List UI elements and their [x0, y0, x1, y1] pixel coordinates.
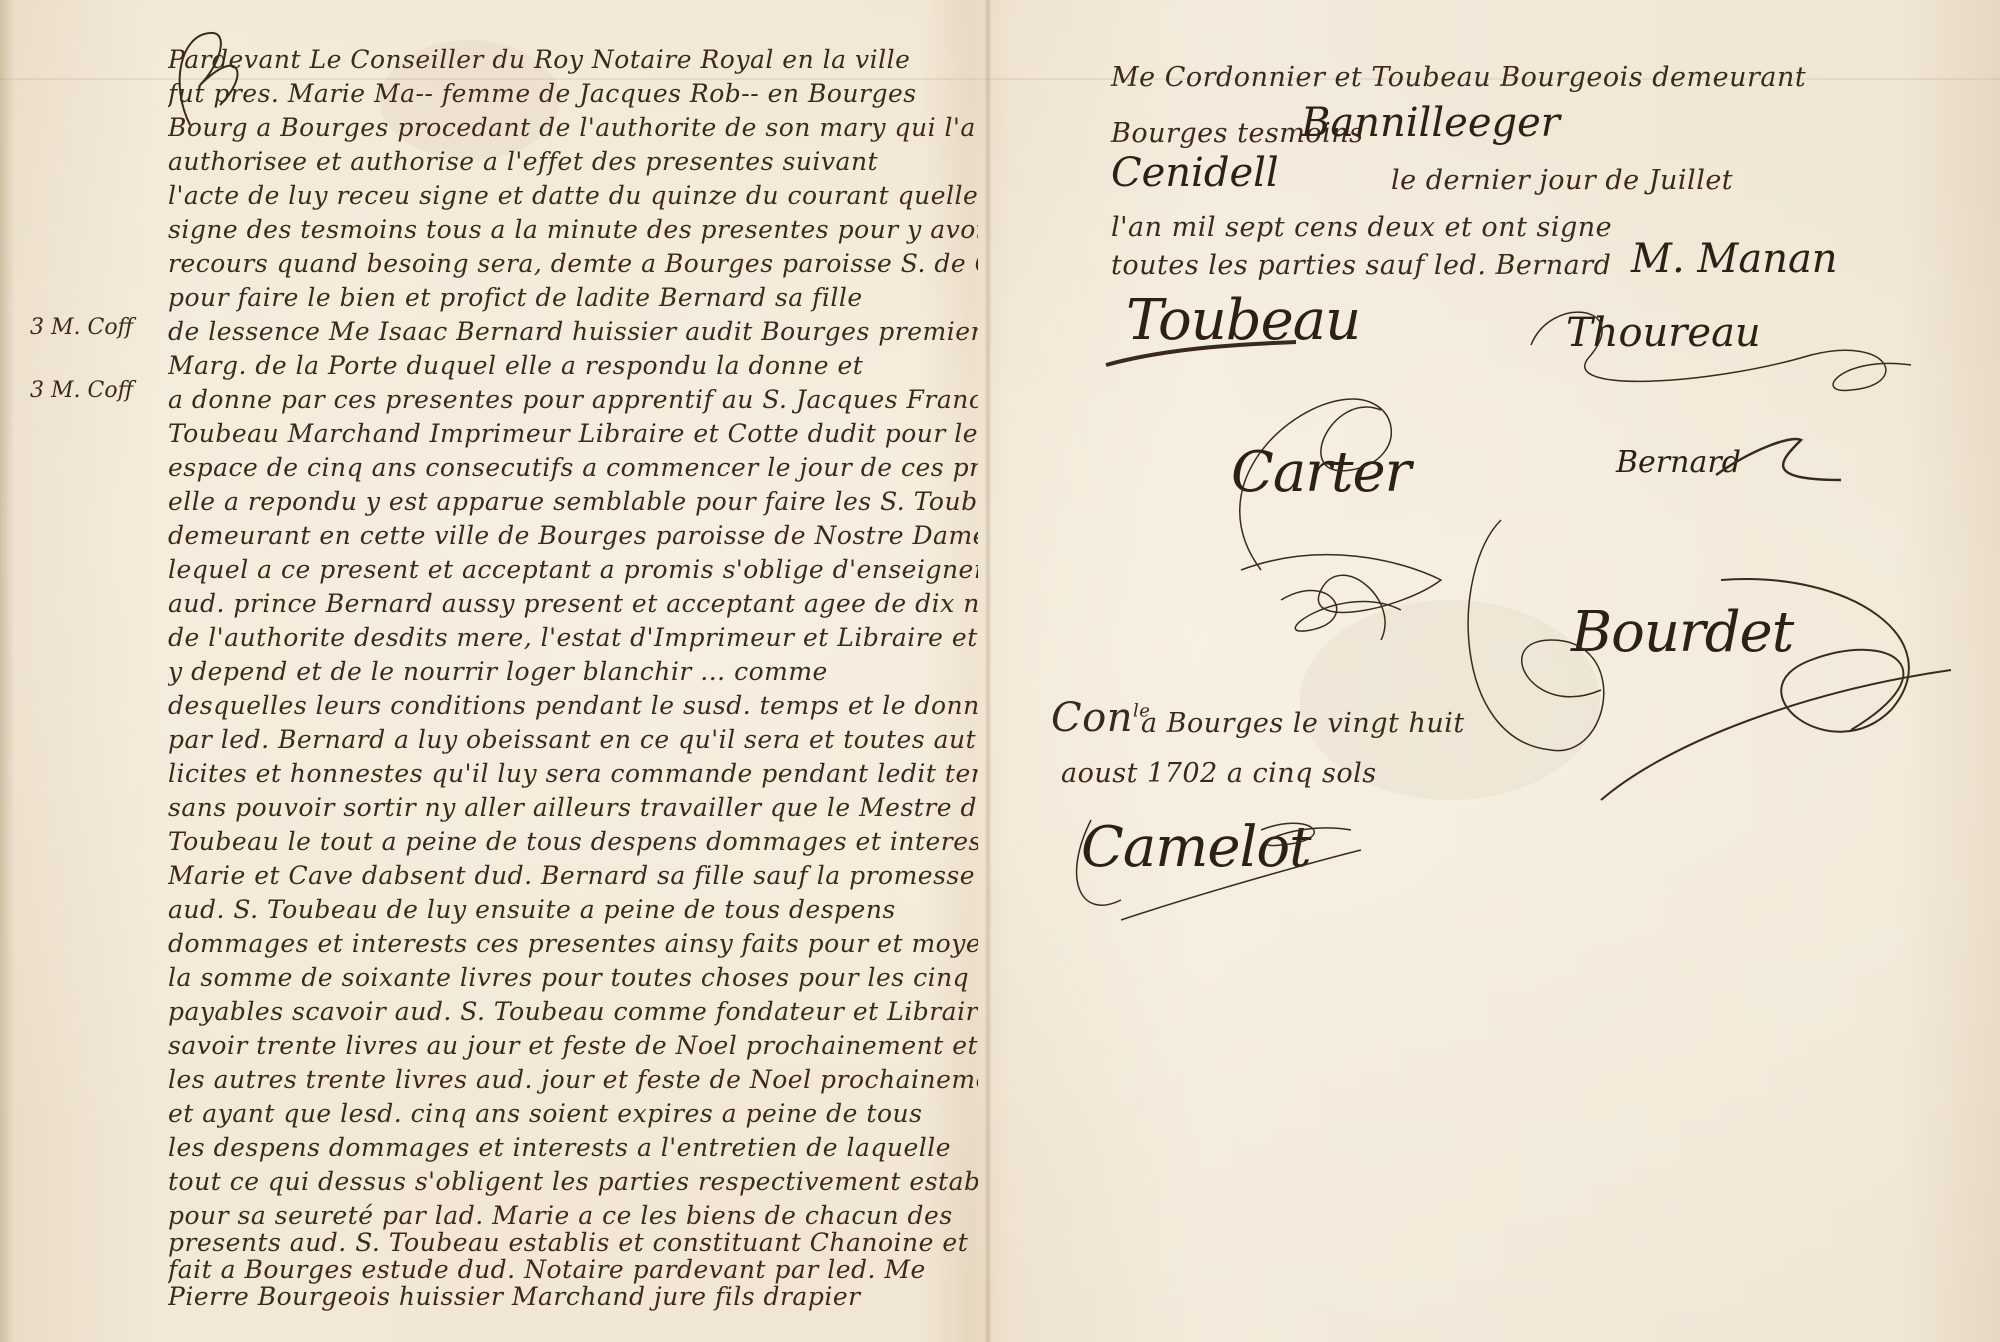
text-line: aud. S. Toubeau de luy ensuite a peine d… — [168, 895, 978, 924]
text-line: les despens dommages et interests a l'en… — [168, 1133, 978, 1162]
text-line: fut pres. Marie Ma-- femme de Jacques Ro… — [168, 79, 978, 108]
text-line: licites et honnestes qu'il luy sera comm… — [168, 759, 978, 788]
closing-prefix: Conle — [1051, 695, 1150, 741]
text-line: lequel a ce present et acceptant a promi… — [168, 555, 978, 584]
text-line: savoir trente livres au jour et feste de… — [168, 1031, 978, 1060]
text-line: Pardevant Le Conseiller du Roy Notaire R… — [168, 45, 978, 74]
text-line: payables scavoir aud. S. Toubeau comme f… — [168, 997, 978, 1026]
text-line: signe des tesmoins tous a la minute des … — [168, 215, 978, 244]
text-line: les autres trente livres aud. jour et fe… — [168, 1065, 978, 1094]
text-line: aud. prince Bernard aussy present et acc… — [168, 589, 978, 618]
text-line: desquelles leurs conditions pendant le s… — [168, 691, 978, 720]
text-line: Marg. de la Porte duquel elle a respondu… — [168, 351, 978, 380]
text-line: l'acte de luy receu signe et datte du qu… — [168, 181, 978, 210]
left-page: 3 M. Coff 3 M. Coff Pardevant Le Conseil… — [0, 0, 985, 1342]
text-line: de lessence Me Isaac Bernard huissier au… — [168, 317, 978, 346]
text-line: de l'authorite desdits mere, l'estat d'I… — [168, 623, 978, 652]
closing-line-1: a Bourges le vingt huit — [1141, 708, 1465, 739]
text-line: authorisee et authorise a l'effet des pr… — [168, 147, 978, 176]
text-line: recours quand besoing sera, demte a Bour… — [168, 249, 978, 278]
text-line: presents aud. S. Toubeau establis et con… — [168, 1228, 978, 1257]
underline-flourish-icon — [1101, 340, 1301, 370]
text-line: a donne par ces presentes pour apprentif… — [168, 385, 978, 414]
text-line: tout ce qui dessus s'obligent les partie… — [168, 1167, 978, 1196]
text-line: pour faire le bien et profict de ladite … — [168, 283, 978, 312]
text-line: toutes les parties sauf led. Bernard — [1111, 250, 1611, 281]
text-line: y depend et de le nourrir loger blanchir… — [168, 657, 978, 686]
text-line: et ayant que lesd. cinq ans soient expir… — [168, 1099, 978, 1128]
text-line: le dernier jour de Juillet — [1391, 165, 1733, 196]
text-line: espace de cinq ans consecutifs a commenc… — [168, 453, 978, 482]
text-line: fait a Bourges estude dud. Notaire parde… — [168, 1255, 978, 1284]
document-spread: 3 M. Coff 3 M. Coff Pardevant Le Conseil… — [0, 0, 2000, 1342]
signature-flourish-icon — [1711, 430, 1851, 490]
text-line: dommages et interests ces presentes ains… — [168, 929, 978, 958]
inline-signature: Cenidell — [1111, 150, 1279, 196]
closing-line-2: aoust 1702 a cinq sols — [1061, 758, 1377, 789]
right-page: Me Cordonnier et Toubeau Bourgeois demeu… — [991, 0, 2000, 1342]
margin-note: 3 M. Coff — [30, 378, 133, 403]
inline-signature: Bannilleeger — [1301, 100, 1560, 146]
text-line: par led. Bernard a luy obeissant en ce q… — [168, 725, 978, 754]
text-line: la somme de soixante livres pour toutes … — [168, 963, 978, 992]
text-line: Pierre Bourgeois huissier Marchand jure … — [168, 1282, 978, 1311]
text-line: sans pouvoir sortir ny aller ailleurs tr… — [168, 793, 978, 822]
text-line: Toubeau Marchand Imprimeur Libraire et C… — [168, 419, 978, 448]
signature-flourish-icon — [1061, 800, 1421, 940]
signature-flourish-icon — [1251, 490, 1971, 790]
inline-signature: M. Manan — [1631, 236, 1838, 282]
text-line: Me Cordonnier et Toubeau Bourgeois demeu… — [1111, 62, 1806, 93]
text-line: demeurant en cette ville de Bourges paro… — [168, 521, 978, 550]
margin-note: 3 M. Coff — [30, 315, 133, 340]
text-line: pour sa seureté par lad. Marie a ce les … — [168, 1201, 978, 1230]
text-line: elle a repondu y est apparue semblable p… — [168, 487, 978, 516]
closing-prefix-text: Con — [1051, 695, 1133, 741]
text-line: Marie et Cave dabsent dud. Bernard sa fi… — [168, 861, 978, 890]
text-line: Toubeau le tout a peine de tous despens … — [168, 827, 978, 856]
signature-flourish-icon — [1511, 295, 1931, 415]
text-line: l'an mil sept cens deux et ont signe — [1111, 212, 1612, 243]
text-line: Bourg a Bourges procedant de l'authorite… — [168, 113, 978, 142]
